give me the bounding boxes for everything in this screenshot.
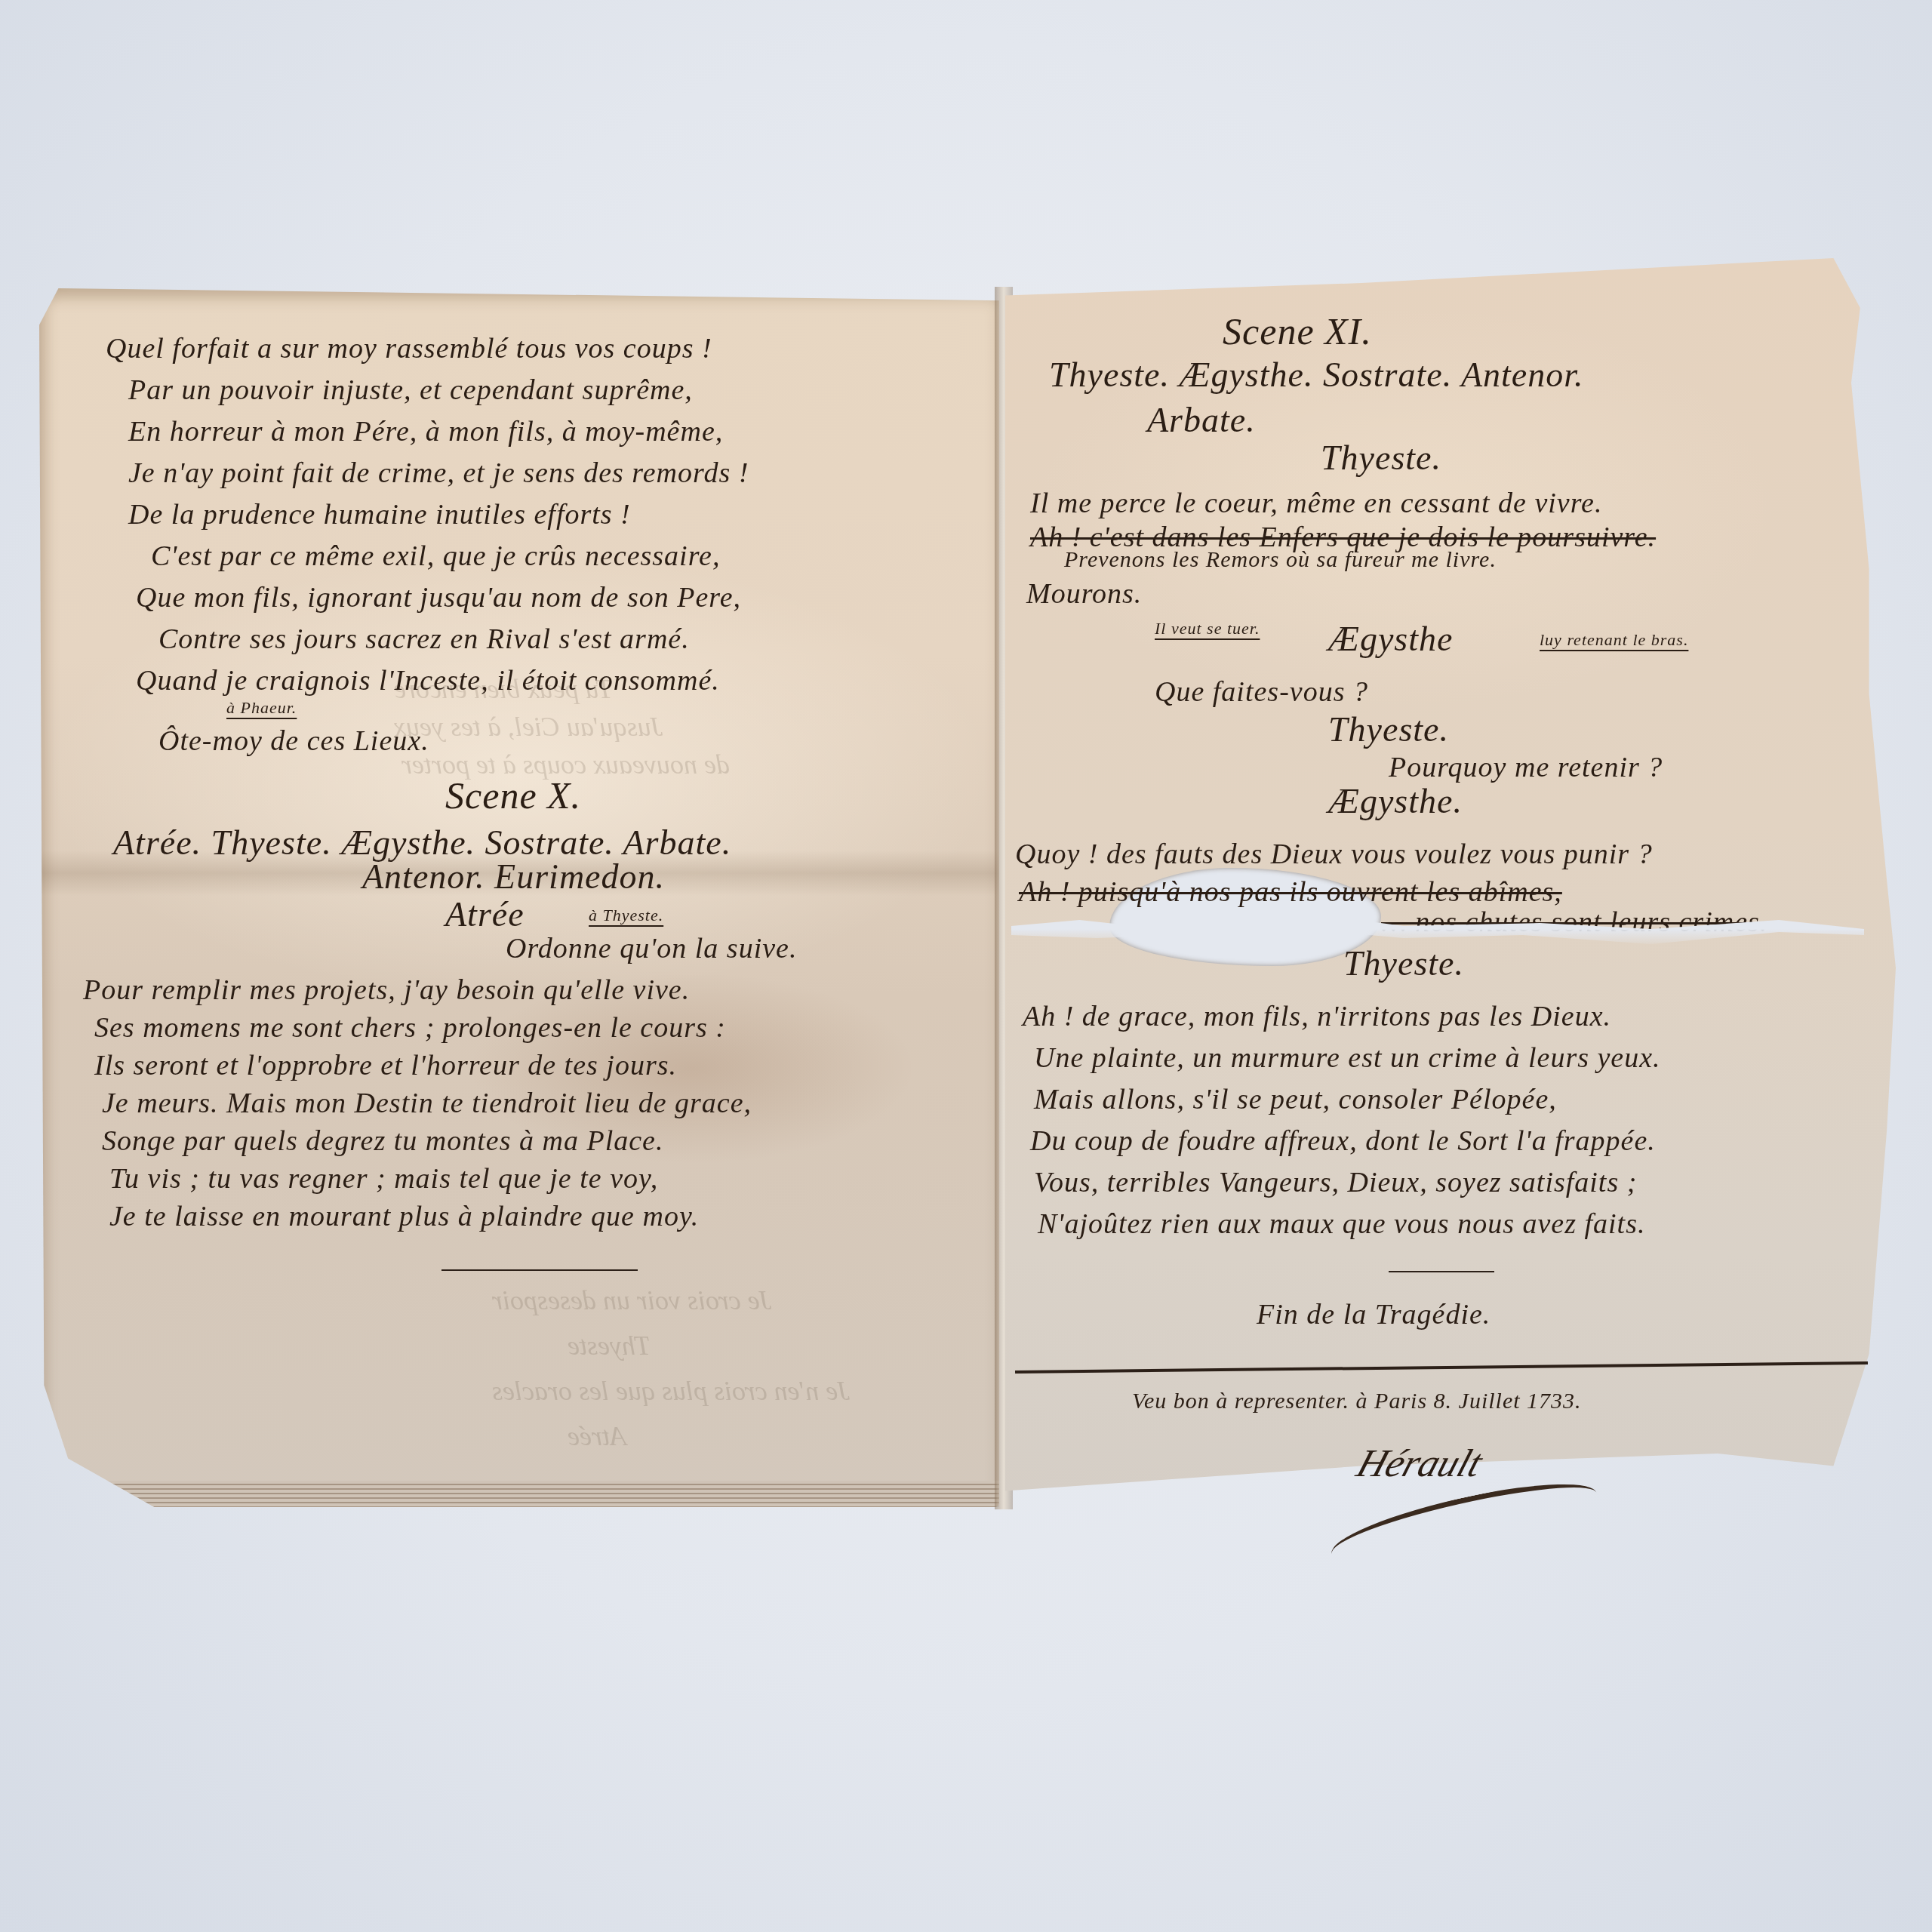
verse-line: Ils seront et l'opprobre et l'horreur de… xyxy=(94,1049,677,1082)
verse-line: Une plainte, un murmure est un crime à l… xyxy=(1034,1041,1661,1075)
verse-line: Ordonne qu'on la suive. xyxy=(506,932,797,965)
verse-line: Quand je craignois l'Inceste, il étoit c… xyxy=(136,664,720,697)
stage-direction: à Thyeste. xyxy=(589,906,663,925)
scene-heading: Scene X. xyxy=(445,774,581,817)
stage-direction: à Phaeur. xyxy=(226,698,297,718)
struck-verse-line: Ah ! puisqu'à nos pas ils ouvrent les ab… xyxy=(1019,875,1562,909)
character-list: Thyeste. Ægysthe. Sostrate. Antenor. xyxy=(1049,355,1583,395)
verse-line: Du coup de foudre affreux, dont le Sort … xyxy=(1030,1124,1656,1158)
scene-heading: Scene XI. xyxy=(1223,309,1372,353)
verse-line: Pour remplir mes projets, j'ay besoin qu… xyxy=(83,974,690,1007)
show-through-text: Thyeste xyxy=(568,1330,651,1361)
show-through-text: Je crois voir un desespoir xyxy=(492,1284,772,1316)
verse-line: Par un pouvoir injuste, et cependant sup… xyxy=(128,374,693,407)
speaker-name: Ægysthe xyxy=(1328,619,1453,659)
verse-line: Vous, terribles Vangeurs, Dieux, soyez s… xyxy=(1034,1166,1637,1199)
verse-line: De la prudence humaine inutiles efforts … xyxy=(128,498,631,531)
verse-line: Ah ! de grace, mon fils, n'irritons pas … xyxy=(1023,1000,1611,1033)
verse-line: En horreur à mon Pére, à mon fils, à moy… xyxy=(128,415,723,448)
stage-direction: luy retenant le bras. xyxy=(1540,630,1688,650)
approval-line: Veu bon à representer. à Paris 8. Juille… xyxy=(1132,1389,1582,1414)
verse-line: Ses momens me sont chers ; prolonges-en … xyxy=(94,1011,726,1044)
signature-flourish xyxy=(1326,1470,1602,1576)
page-stack-edges xyxy=(39,1481,999,1507)
end-title: Fin de la Tragédie. xyxy=(1257,1298,1491,1331)
speaker-name: Thyeste. xyxy=(1343,943,1464,983)
stage-direction: Il veut se tuer. xyxy=(1155,619,1260,638)
character-list: Arbate. xyxy=(1147,400,1256,440)
speaker-name: Thyeste. xyxy=(1328,709,1449,749)
verse-line: Songe par quels degrez tu montes à ma Pl… xyxy=(102,1124,663,1158)
signature: Hérault xyxy=(1351,1441,1487,1486)
speaker-name: Thyeste. xyxy=(1321,438,1441,478)
verse-line: C'est par ce même exil, que je crûs nece… xyxy=(151,540,720,573)
speaker-name: Atrée xyxy=(445,894,525,934)
verse-line: Tu vis ; tu vas regner ; mais tel que je… xyxy=(109,1162,658,1195)
verse-line: Je te laisse en mourant plus à plaindre … xyxy=(109,1200,699,1233)
show-through-text: Jusqu'au Ciel, à tes yeux xyxy=(394,711,663,743)
verse-line: N'ajoûtez rien aux maux que vous nous av… xyxy=(1038,1207,1645,1241)
correction-line: Prevenons les Remors où sa fureur me liv… xyxy=(1064,547,1497,573)
speaker-name: Ægysthe. xyxy=(1328,781,1463,821)
show-through-text: Atrée xyxy=(568,1420,626,1452)
verse-line: Que mon fils, ignorant jusqu'au nom de s… xyxy=(136,581,741,614)
verse-line: Que faites-vous ? xyxy=(1155,675,1368,709)
verse-line: Il me perce le coeur, même en cessant de… xyxy=(1030,487,1602,520)
verse-line: Je meurs. Mais mon Destin te tiendroit l… xyxy=(102,1087,752,1120)
verse-line: Quel forfait a sur moy rassemblé tous vo… xyxy=(106,332,712,365)
verse-line: Mourons. xyxy=(1026,577,1142,611)
end-rule xyxy=(1389,1271,1494,1272)
verse-line: Ôte-moy de ces Lieux. xyxy=(158,724,429,758)
show-through-text: Je n'en crois plus que les oracles xyxy=(492,1375,850,1407)
verse-line: Quoy ! des fauts des Dieux vous voulez v… xyxy=(1015,838,1653,871)
end-rule xyxy=(441,1269,638,1271)
verse-line: Mais allons, s'il se peut, consoler Pélo… xyxy=(1034,1083,1557,1116)
verse-line: Pourquoy me retenir ? xyxy=(1389,751,1663,784)
character-list: Antenor. Eurimedon. xyxy=(362,857,665,897)
verse-line: Contre ses jours sacrez en Rival s'est a… xyxy=(158,623,690,656)
verse-line: Je n'ay point fait de crime, et je sens … xyxy=(128,457,749,490)
